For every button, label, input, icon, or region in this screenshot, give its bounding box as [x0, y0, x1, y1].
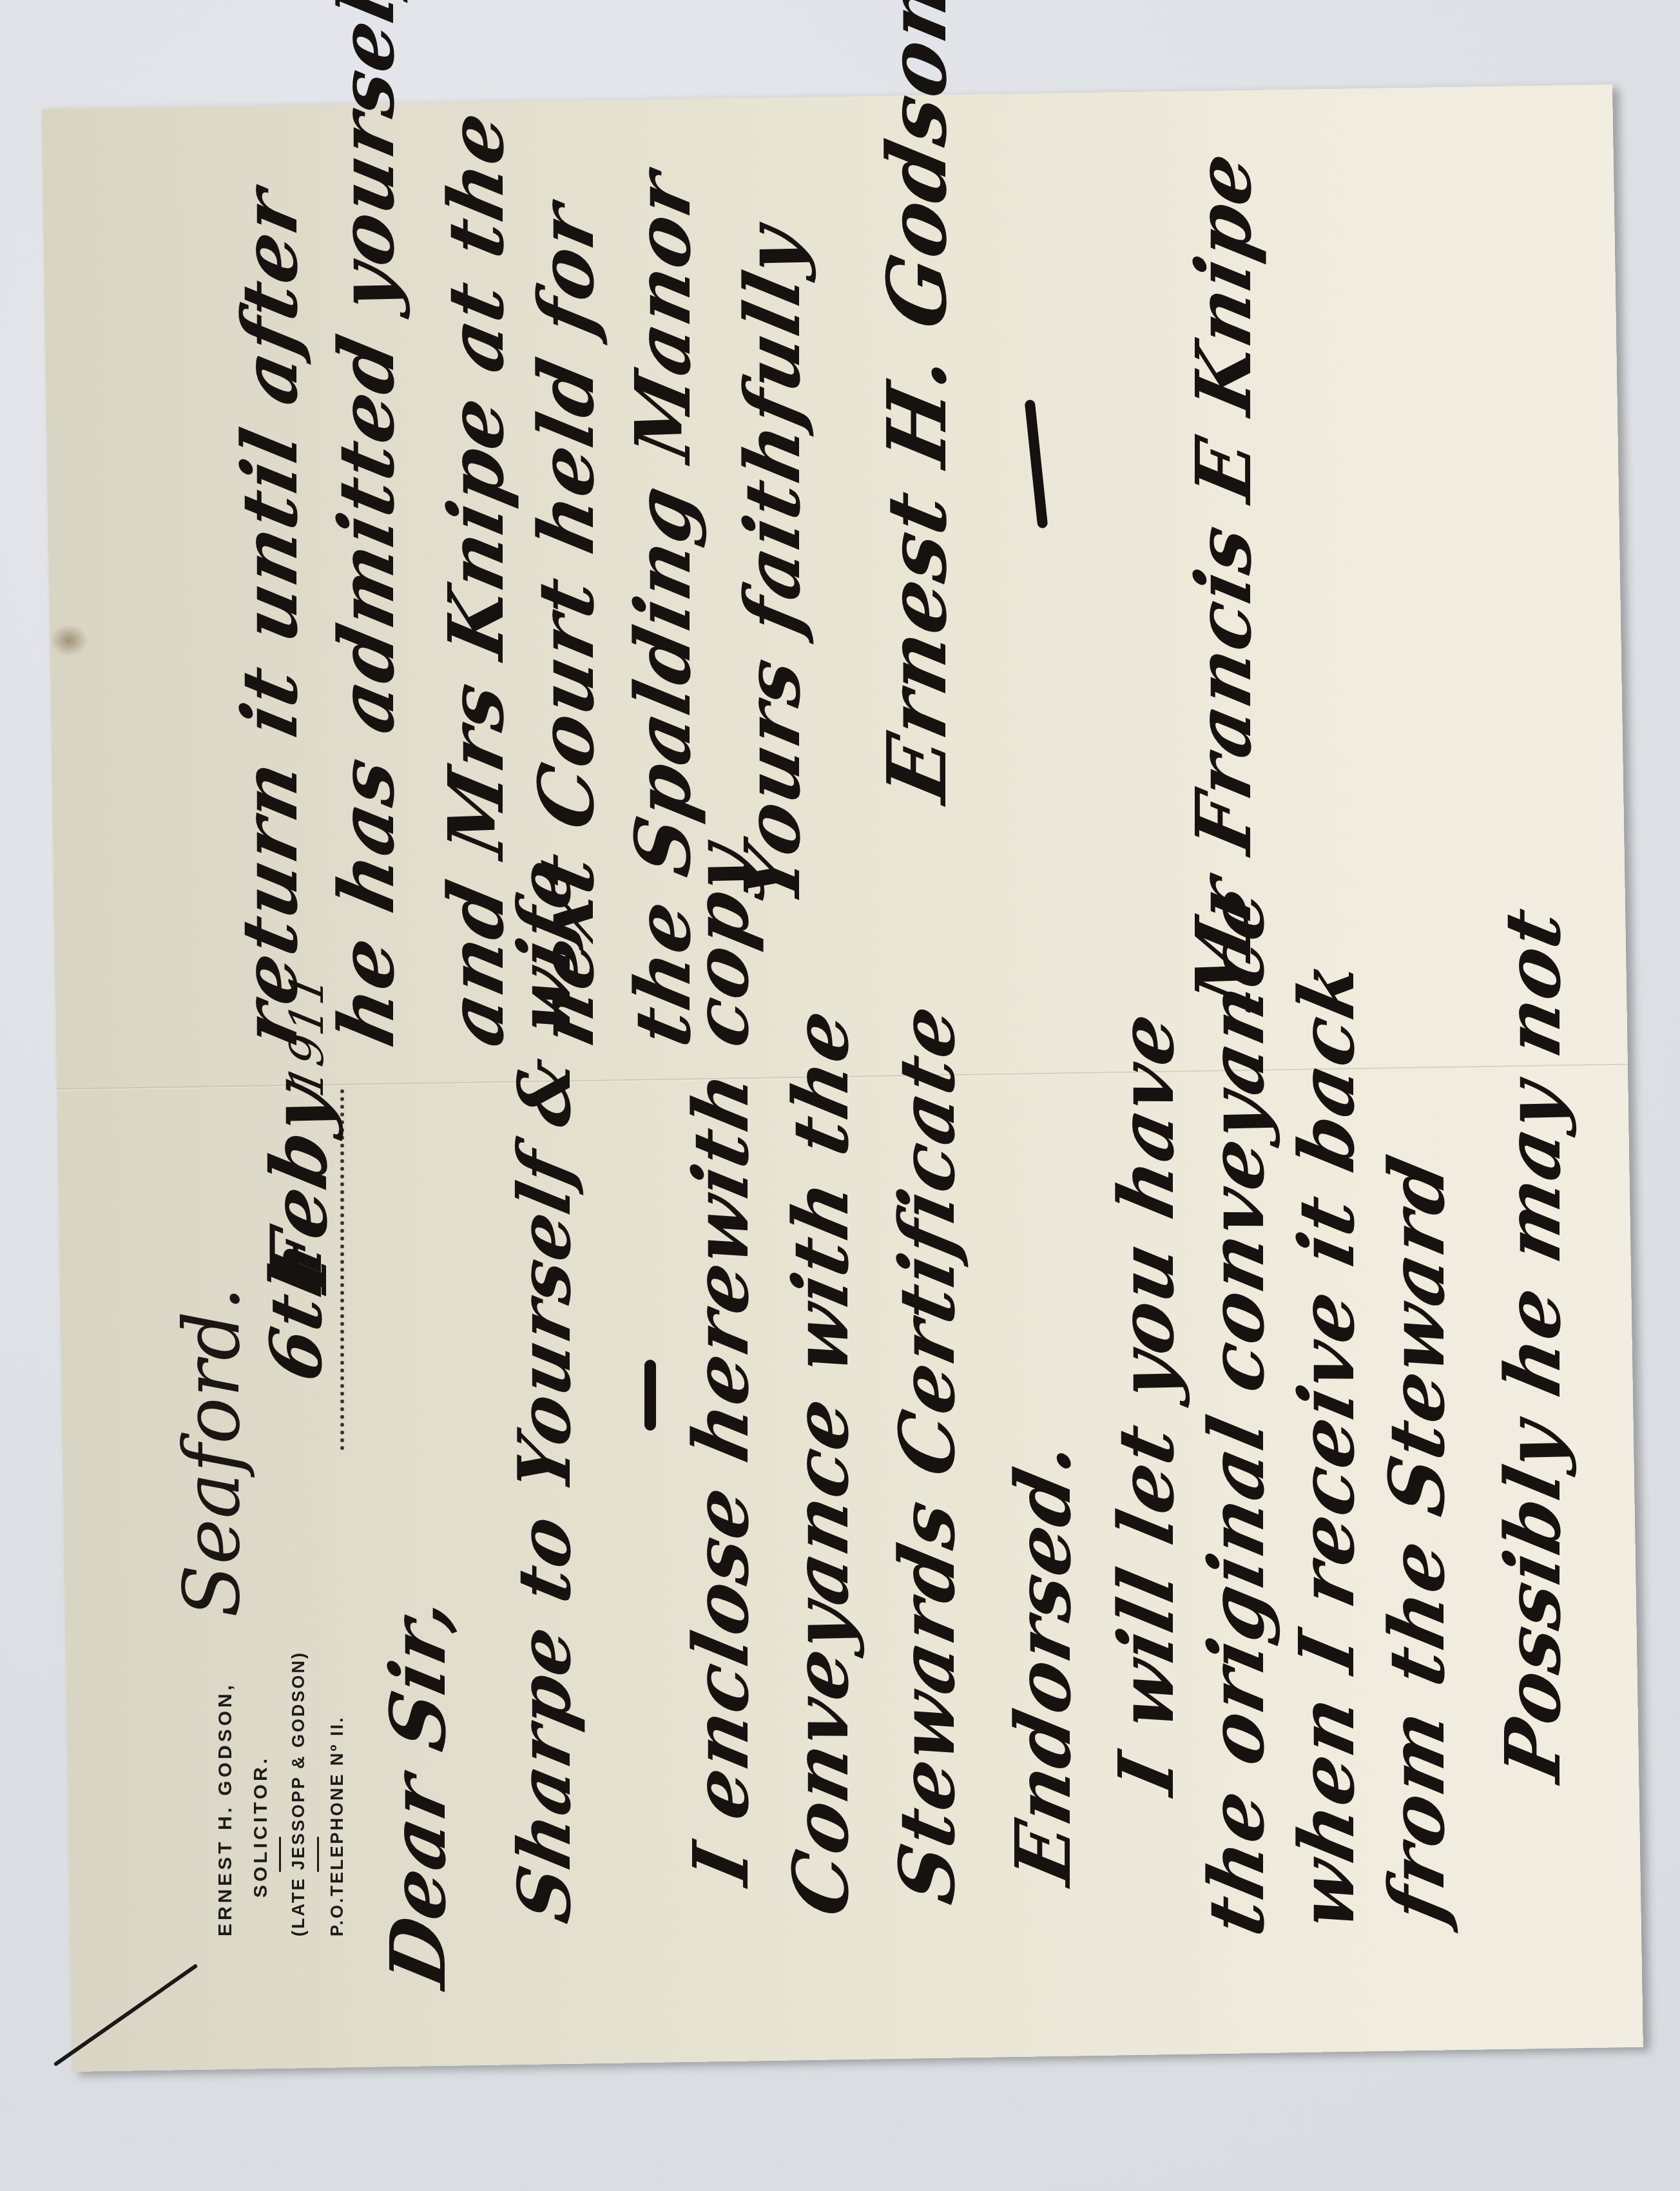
body-line: Conveyance with the: [783, 1002, 859, 1922]
letterhead-telephone: P.O.TELEPHONE Nº II.: [329, 1716, 346, 1936]
subject-dash: [644, 1360, 656, 1431]
closing: Yours faithfully: [735, 219, 811, 910]
place-name: Seaford.: [168, 1286, 257, 1617]
letterhead-formerly: (LATE JESSOPP & GODSON): [290, 1651, 307, 1936]
signature: Ernest H. Godson: [876, 0, 958, 807]
signature-flourish: [1025, 400, 1048, 529]
letterhead-rule: [317, 1837, 319, 1872]
salutation: Dear Sir,: [380, 1590, 456, 1993]
body-line: Endorsed.: [1005, 1434, 1081, 1889]
body-line: from the Steward: [1379, 1150, 1455, 1929]
tick-mark-icon: [53, 1964, 198, 2067]
letterhead-rule: [279, 1837, 281, 1872]
letterhead-title: SOLICITOR.: [251, 1755, 271, 1898]
letter-content: ERNEST H. GODSON, SOLICITOR. (LATE JESSO…: [0, 0, 1680, 2191]
body-line: next Court held for: [528, 197, 604, 1052]
body-line: and Mrs Knipe at the: [438, 104, 514, 1052]
letterhead-name: ERNEST H. GODSON,: [216, 1682, 235, 1936]
body-line: return it until after: [232, 182, 308, 1052]
date-month: Feby: [261, 1077, 338, 1297]
body-line: when I receive it back: [1289, 954, 1365, 1935]
addressee: Mr Francis E Knipe: [1186, 145, 1262, 1013]
body-line: the Spalding Manor: [625, 165, 701, 1052]
body-line: Stewards Certificate: [889, 998, 965, 1909]
body-line: the original conveyance: [1199, 880, 1275, 1941]
body-line: Possibly he may not: [1495, 902, 1571, 1787]
body-line: I will let you have: [1108, 1006, 1184, 1800]
body-line: he has admitted yourself: [329, 0, 405, 1052]
